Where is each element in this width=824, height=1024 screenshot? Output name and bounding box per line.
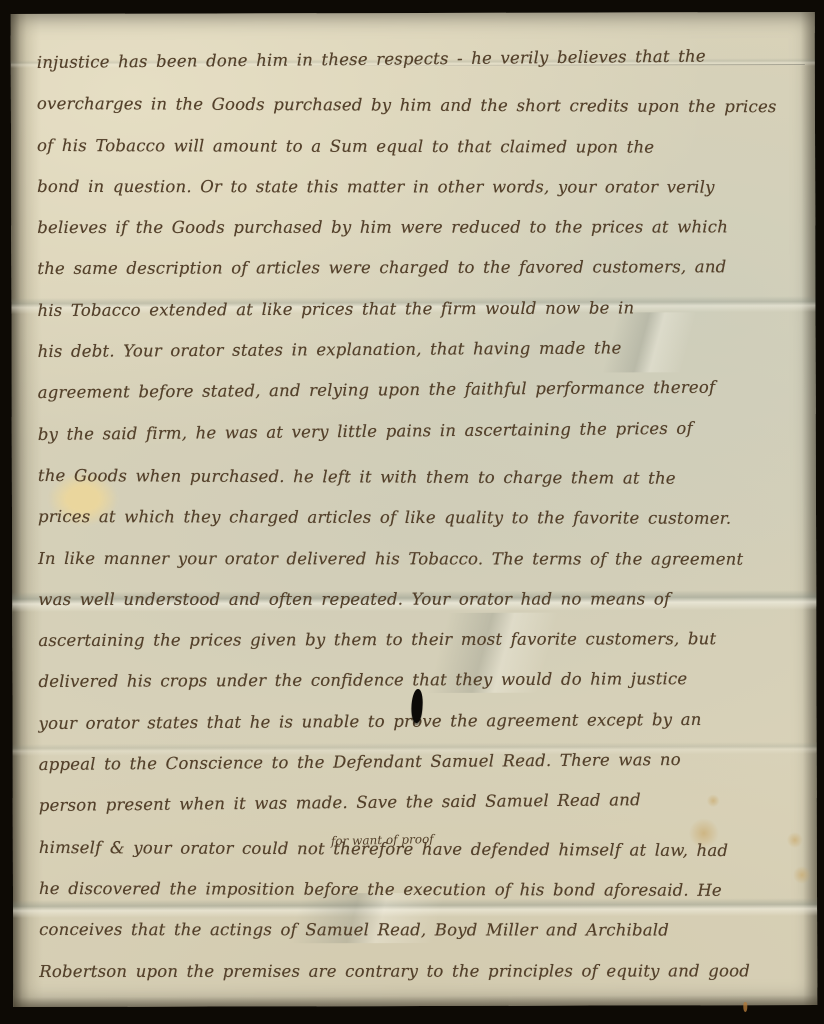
manuscript-line: he discovered the imposition before the …: [39, 868, 803, 911]
interlinear-insertion: for want of proof: [331, 832, 434, 848]
manuscript-text: injustice has been done him in these res…: [37, 40, 803, 994]
paper-right-edge-shadow: [801, 12, 818, 1005]
manuscript-line: was well understood and often repeated. …: [38, 578, 802, 620]
manuscript-line: bond in question. Or to state this matte…: [37, 166, 801, 208]
manuscript-line: of his Tobacco will amount to a Sum equa…: [37, 125, 801, 168]
manuscript-line: overcharges in the Goods purchased by hi…: [37, 83, 801, 128]
manuscript-line: injustice has been done him in these res…: [37, 35, 801, 84]
manuscript-line: the Goods when purchased. he left it wit…: [38, 455, 802, 500]
manuscript-line: Robertson upon the premises are contrary…: [39, 950, 803, 992]
manuscript-line: prices at which they charged articles of…: [38, 496, 802, 539]
manuscript-line: person present when it was made. Save th…: [39, 778, 803, 827]
manuscript-line: conceives that the actings of Samuel Rea…: [39, 909, 803, 951]
manuscript-line: by the said firm, he was at very little …: [38, 406, 802, 455]
manuscript-line: his debt. Your orator states in explanat…: [37, 326, 801, 372]
manuscript-page: injustice has been done him in these res…: [11, 12, 818, 1007]
manuscript-line: believes if the Goods purchased by him w…: [37, 207, 801, 249]
manuscript-line: agreement before stated, and relying upo…: [38, 366, 802, 413]
manuscript-line: In like manner your orator delivered his…: [38, 538, 802, 580]
manuscript-line: the same description of articles were ch…: [37, 246, 801, 289]
manuscript-line: his Tobacco extended at like prices that…: [37, 286, 801, 331]
manuscript-line: ascertaining the prices given by them to…: [38, 618, 802, 661]
photo-background: injustice has been done him in these res…: [0, 0, 824, 1024]
ink-drip-mark: [743, 1002, 747, 1012]
paper-bottom-edge-shadow: [13, 995, 817, 1007]
